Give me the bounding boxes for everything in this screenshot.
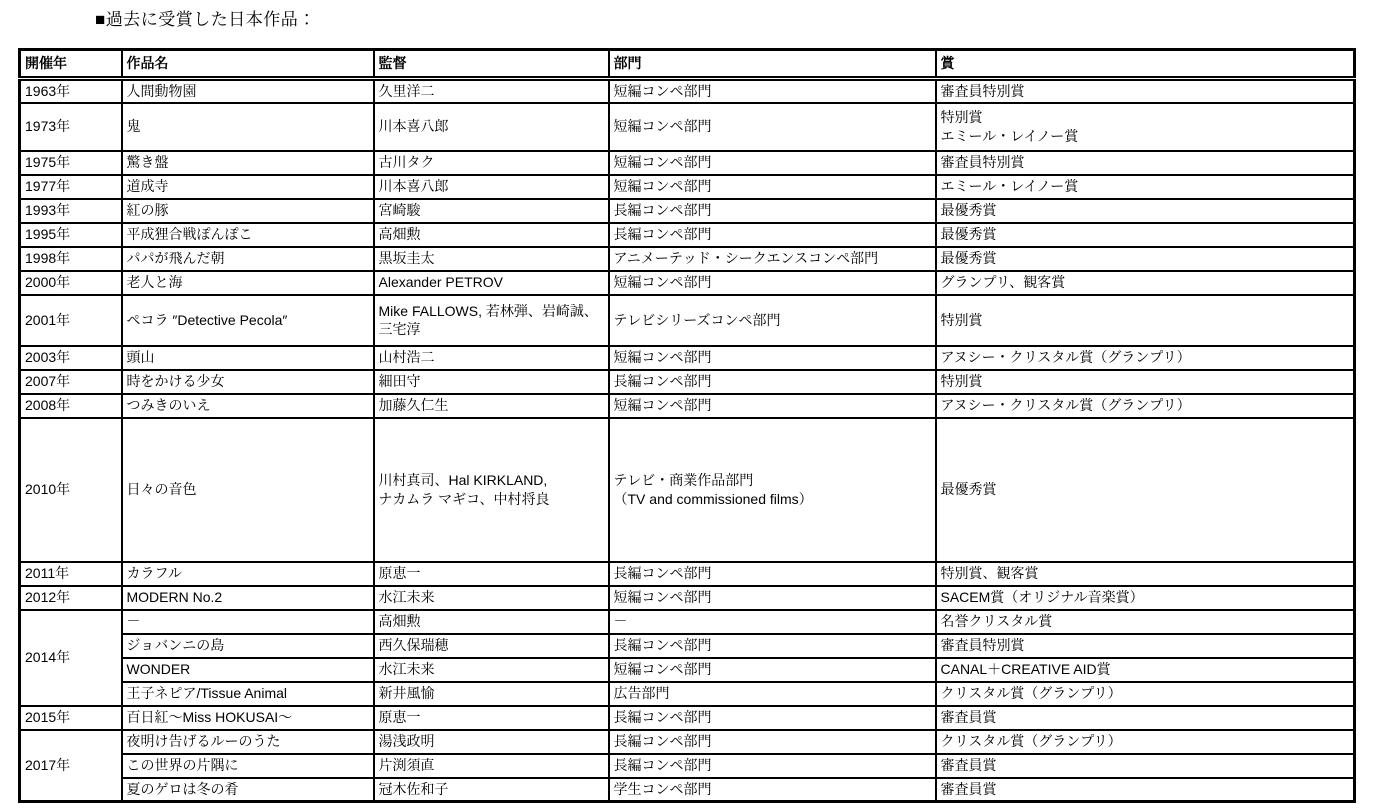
- cell-award: エミール・レイノー賞: [936, 175, 1355, 199]
- cell-year: 2011年: [20, 562, 122, 586]
- cell-category: 長編コンペ部門: [609, 730, 936, 754]
- header-title: 作品名: [122, 50, 374, 79]
- cell-director: 古川タク: [374, 151, 609, 175]
- cell-category: 長編コンペ部門: [609, 370, 936, 394]
- cell-director: 原恵一: [374, 706, 609, 730]
- table-row: 1993年 紅の豚 宮崎駿 長編コンペ部門 最優秀賞: [20, 199, 1355, 223]
- cell-director: 水江未来: [374, 658, 609, 682]
- cell-award: 審査員賞: [936, 706, 1355, 730]
- cell-category: 長編コンペ部門: [609, 562, 936, 586]
- cell-award: 最優秀賞: [936, 418, 1355, 562]
- cell-title: パパが飛んだ朝: [122, 247, 374, 271]
- cell-year: 2012年: [20, 586, 122, 610]
- cell-title: カラフル: [122, 562, 374, 586]
- cell-category: 短編コンペ部門: [609, 346, 936, 370]
- cell-director: 片渕須直: [374, 754, 609, 778]
- table-row: 1995年 平成狸合戦ぽんぽこ 高畑勲 長編コンペ部門 最優秀賞: [20, 223, 1355, 247]
- cell-award: クリスタル賞（グランプリ）: [936, 730, 1355, 754]
- cell-title: 日々の音色: [122, 418, 374, 562]
- cell-year: 2007年: [20, 370, 122, 394]
- cell-award: CANAL＋CREATIVE AID賞: [936, 658, 1355, 682]
- cell-director: 川本喜八郎: [374, 103, 609, 151]
- cell-category: テレビシリーズコンペ部門: [609, 295, 936, 346]
- cell-year: 1963年: [20, 79, 122, 103]
- cell-category: 長編コンペ部門: [609, 199, 936, 223]
- cell-title: 頭山: [122, 346, 374, 370]
- cell-year: 2000年: [20, 271, 122, 295]
- cell-category: 長編コンペ部門: [609, 223, 936, 247]
- cell-title: この世界の片隅に: [122, 754, 374, 778]
- cell-award: 特別賞 エミール・レイノー賞: [936, 103, 1355, 151]
- cell-category: 短編コンペ部門: [609, 151, 936, 175]
- cell-award: 審査員賞: [936, 778, 1355, 802]
- table-row: 2003年 頭山 山村浩二 短編コンペ部門 アヌシー・クリスタル賞（グランプリ）: [20, 346, 1355, 370]
- table-row: 1963年 人間動物園 久里洋二 短編コンペ部門 審査員特別賞: [20, 79, 1355, 103]
- cell-category: 広告部門: [609, 682, 936, 706]
- cell-award: 名誉クリスタル賞: [936, 610, 1355, 634]
- cell-director: 山村浩二: [374, 346, 609, 370]
- cell-category: 学生コンペ部門: [609, 778, 936, 802]
- cell-director: 高畑勲: [374, 223, 609, 247]
- cell-category: 長編コンペ部門: [609, 754, 936, 778]
- table-row: 夏のゲロは冬の肴 冠木佐和子 学生コンペ部門 審査員賞: [20, 778, 1355, 802]
- table-row: この世界の片隅に 片渕須直 長編コンペ部門 審査員賞: [20, 754, 1355, 778]
- table-row: 王子ネピア/Tissue Animal 新井風愉 広告部門 クリスタル賞（グラン…: [20, 682, 1355, 706]
- cell-year: 1977年: [20, 175, 122, 199]
- cell-year: 2008年: [20, 394, 122, 418]
- table-row: 2007年 時をかける少女 細田守 長編コンペ部門 特別賞: [20, 370, 1355, 394]
- cell-title: 平成狸合戦ぽんぽこ: [122, 223, 374, 247]
- cell-director: 加藤久仁生: [374, 394, 609, 418]
- cell-director: 黒坂圭太: [374, 247, 609, 271]
- cell-award: 最優秀賞: [936, 223, 1355, 247]
- header-director: 監督: [374, 50, 609, 79]
- cell-category: 短編コンペ部門: [609, 658, 936, 682]
- cell-category: アニメーテッド・シークエンスコンペ部門: [609, 247, 936, 271]
- cell-director: 高畑勲: [374, 610, 609, 634]
- cell-director: 湯浅政明: [374, 730, 609, 754]
- cell-title: つみきのいえ: [122, 394, 374, 418]
- table-row: 1973年 鬼 川本喜八郎 短編コンペ部門 特別賞 エミール・レイノー賞: [20, 103, 1355, 151]
- table-row: 2012年 MODERN No.2 水江未来 短編コンペ部門 SACEM賞（オリ…: [20, 586, 1355, 610]
- cell-title: 鬼: [122, 103, 374, 151]
- cell-category: 短編コンペ部門: [609, 586, 936, 610]
- table-row: 1977年 道成寺 川本喜八郎 短編コンペ部門 エミール・レイノー賞: [20, 175, 1355, 199]
- table-row: 1975年 驚き盤 古川タク 短編コンペ部門 審査員特別賞: [20, 151, 1355, 175]
- cell-director: 川村真司、Hal KIRKLAND, ナカムラ マギコ、中村将良: [374, 418, 609, 562]
- cell-award: 審査員特別賞: [936, 151, 1355, 175]
- cell-year: 1993年: [20, 199, 122, 223]
- cell-award: 審査員特別賞: [936, 634, 1355, 658]
- cell-award: グランプリ、観客賞: [936, 271, 1355, 295]
- cell-award: 審査員賞: [936, 754, 1355, 778]
- header-award: 賞: [936, 50, 1355, 79]
- cell-title: 時をかける少女: [122, 370, 374, 394]
- cell-director: 宮崎駿: [374, 199, 609, 223]
- table-row: 2000年 老人と海 Alexander PETROV 短編コンペ部門 グランプ…: [20, 271, 1355, 295]
- cell-title: ペコラ ″Detective Pecola″: [122, 295, 374, 346]
- cell-year-2014: 2014年: [20, 610, 122, 706]
- cell-title: ジョバンニの島: [122, 634, 374, 658]
- table-row: 2017年 夜明け告げるルーのうた 湯浅政明 長編コンペ部門 クリスタル賞（グラ…: [20, 730, 1355, 754]
- cell-award: 審査員特別賞: [936, 79, 1355, 103]
- table-row: 2010年 日々の音色 川村真司、Hal KIRKLAND, ナカムラ マギコ、…: [20, 418, 1355, 562]
- cell-title: 夏のゲロは冬の肴: [122, 778, 374, 802]
- cell-year: 1995年: [20, 223, 122, 247]
- cell-award: 最優秀賞: [936, 247, 1355, 271]
- table-row: ジョバンニの島 西久保瑞穂 長編コンペ部門 審査員特別賞: [20, 634, 1355, 658]
- cell-category: 短編コンペ部門: [609, 271, 936, 295]
- cell-director: 冠木佐和子: [374, 778, 609, 802]
- cell-title: 夜明け告げるルーのうた: [122, 730, 374, 754]
- cell-category: 短編コンペ部門: [609, 79, 936, 103]
- cell-director: 水江未来: [374, 586, 609, 610]
- table-row: 2008年 つみきのいえ 加藤久仁生 短編コンペ部門 アヌシー・クリスタル賞（グ…: [20, 394, 1355, 418]
- cell-award: クリスタル賞（グランプリ）: [936, 682, 1355, 706]
- cell-title: 王子ネピア/Tissue Animal: [122, 682, 374, 706]
- cell-year: 2001年: [20, 295, 122, 346]
- table-row: 2001年 ペコラ ″Detective Pecola″ Mike FALLOW…: [20, 295, 1355, 346]
- cell-title: 道成寺: [122, 175, 374, 199]
- table-row: 2015年 百日紅～Miss HOKUSAI～ 原恵一 長編コンペ部門 審査員賞: [20, 706, 1355, 730]
- cell-director: 川本喜八郎: [374, 175, 609, 199]
- cell-director: 原恵一: [374, 562, 609, 586]
- cell-award: 特別賞: [936, 370, 1355, 394]
- cell-year: 2003年: [20, 346, 122, 370]
- cell-year: 2015年: [20, 706, 122, 730]
- cell-title: 老人と海: [122, 271, 374, 295]
- cell-award: 特別賞: [936, 295, 1355, 346]
- cell-award: アヌシー・クリスタル賞（グランプリ）: [936, 394, 1355, 418]
- cell-year: 2010年: [20, 418, 122, 562]
- cell-title: WONDER: [122, 658, 374, 682]
- cell-category: テレビ・商業作品部門 （TV and commissioned films）: [609, 418, 936, 562]
- cell-director: Mike FALLOWS, 若林弾、岩崎誠、三宅淳: [374, 295, 609, 346]
- cell-category: 短編コンペ部門: [609, 394, 936, 418]
- cell-category: 短編コンペ部門: [609, 103, 936, 151]
- cell-category: 長編コンペ部門: [609, 634, 936, 658]
- cell-title: －: [122, 610, 374, 634]
- cell-year: 1998年: [20, 247, 122, 271]
- cell-title: MODERN No.2: [122, 586, 374, 610]
- cell-category: 短編コンペ部門: [609, 175, 936, 199]
- cell-title: 紅の豚: [122, 199, 374, 223]
- cell-year: 1973年: [20, 103, 122, 151]
- header-year: 開催年: [20, 50, 122, 79]
- cell-title: 百日紅～Miss HOKUSAI～: [122, 706, 374, 730]
- cell-year: 1975年: [20, 151, 122, 175]
- cell-director: 新井風愉: [374, 682, 609, 706]
- page-title: ■過去に受賞した日本作品：: [95, 5, 316, 30]
- cell-director: 細田守: [374, 370, 609, 394]
- table-header-row: 開催年 作品名 監督 部門 賞: [20, 50, 1355, 79]
- cell-award: 最優秀賞: [936, 199, 1355, 223]
- cell-award: アヌシー・クリスタル賞（グランプリ）: [936, 346, 1355, 370]
- table-row: 2011年 カラフル 原恵一 長編コンペ部門 特別賞、観客賞: [20, 562, 1355, 586]
- cell-award: SACEM賞（オリジナル音楽賞）: [936, 586, 1355, 610]
- cell-director: 久里洋二: [374, 79, 609, 103]
- table-row: 1998年 パパが飛んだ朝 黒坂圭太 アニメーテッド・シークエンスコンペ部門 最…: [20, 247, 1355, 271]
- cell-category: －: [609, 610, 936, 634]
- cell-year-2017: 2017年: [20, 730, 122, 802]
- table-row: WONDER 水江未来 短編コンペ部門 CANAL＋CREATIVE AID賞: [20, 658, 1355, 682]
- page: ■過去に受賞した日本作品： 開催年 作品名 監督 部門 賞 1963年 人間動物…: [0, 0, 1375, 812]
- cell-category: 長編コンペ部門: [609, 706, 936, 730]
- awards-table: 開催年 作品名 監督 部門 賞 1963年 人間動物園 久里洋二 短編コンペ部門…: [18, 48, 1356, 803]
- header-category: 部門: [609, 50, 936, 79]
- cell-award: 特別賞、観客賞: [936, 562, 1355, 586]
- cell-title: 人間動物園: [122, 79, 374, 103]
- cell-director: 西久保瑞穂: [374, 634, 609, 658]
- table-row: 2014年 － 高畑勲 － 名誉クリスタル賞: [20, 610, 1355, 634]
- cell-director: Alexander PETROV: [374, 271, 609, 295]
- cell-title: 驚き盤: [122, 151, 374, 175]
